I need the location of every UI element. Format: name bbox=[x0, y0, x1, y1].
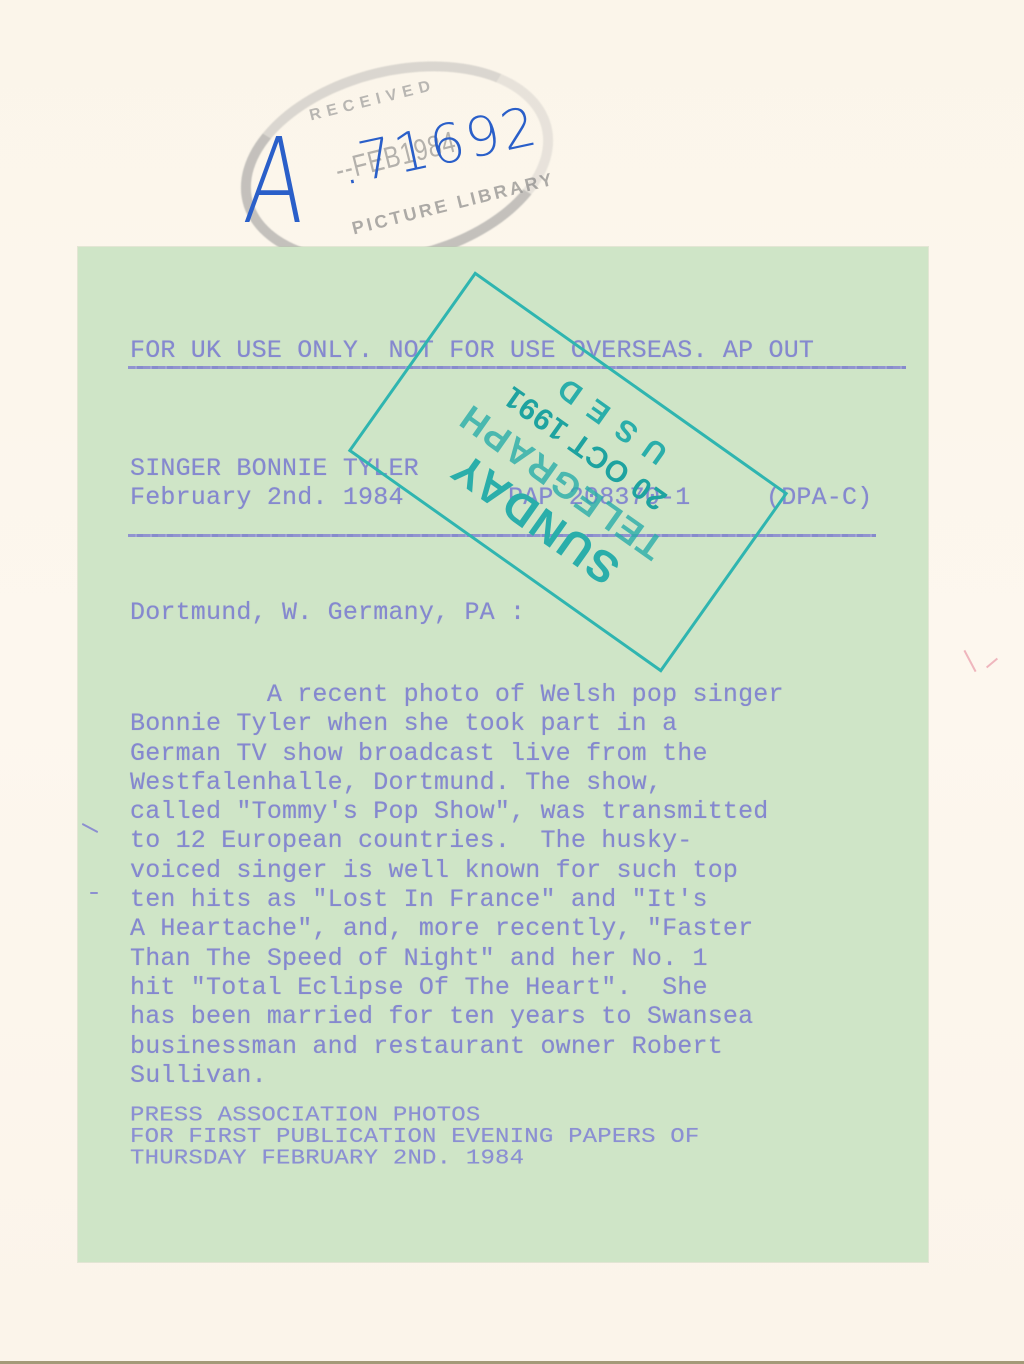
caption-location: Dortmund, W. Germany, PA : bbox=[130, 598, 525, 628]
caption-body-line: ten hits as "Lost In France" and "It's bbox=[130, 885, 784, 914]
caption-body-line: Than The Speed of Night" and her No. 1 bbox=[130, 944, 784, 973]
caption-body-line: called "Tommy's Pop Show", was transmitt… bbox=[130, 797, 784, 826]
caption-body-line: A Heartache", and, more recently, "Faste… bbox=[130, 914, 784, 943]
caption-body-line: German TV show broadcast live from the bbox=[130, 739, 784, 768]
stray-ink-mark bbox=[90, 892, 98, 894]
caption-body-line: has been married for ten years to Swanse… bbox=[130, 1002, 784, 1031]
caption-body-line: A recent photo of Welsh pop singer bbox=[130, 680, 784, 709]
caption-footer: PRESS ASSOCIATION PHOTOSFOR FIRST PUBLIC… bbox=[130, 1105, 700, 1170]
caption-body: A recent photo of Welsh pop singerBonnie… bbox=[130, 680, 784, 1090]
caption-body-line: voiced singer is well known for such top bbox=[130, 856, 784, 885]
caption-footer-line: THURSDAY FEBRUARY 2ND. 1984 bbox=[130, 1148, 700, 1170]
caption-body-line: Sullivan. bbox=[130, 1061, 784, 1090]
caption-footer-line: FOR FIRST PUBLICATION EVENING PAPERS OF bbox=[130, 1127, 700, 1149]
caption-body-line: Bonnie Tyler when she took part in a bbox=[130, 709, 784, 738]
handwritten-archive-letter: A bbox=[241, 122, 311, 240]
caption-body-line: businessman and restaurant owner Robert bbox=[130, 1032, 784, 1061]
caption-body-line: to 12 European countries. The husky- bbox=[130, 826, 784, 855]
caption-date: February 2nd. 1984 bbox=[130, 483, 404, 513]
caption-body-line: Westfalenhalle, Dortmund. The show, bbox=[130, 768, 784, 797]
caption-footer-line: PRESS ASSOCIATION PHOTOS bbox=[130, 1105, 700, 1127]
caption-body-line: hit "Total Eclipse Of The Heart". She bbox=[130, 973, 784, 1002]
